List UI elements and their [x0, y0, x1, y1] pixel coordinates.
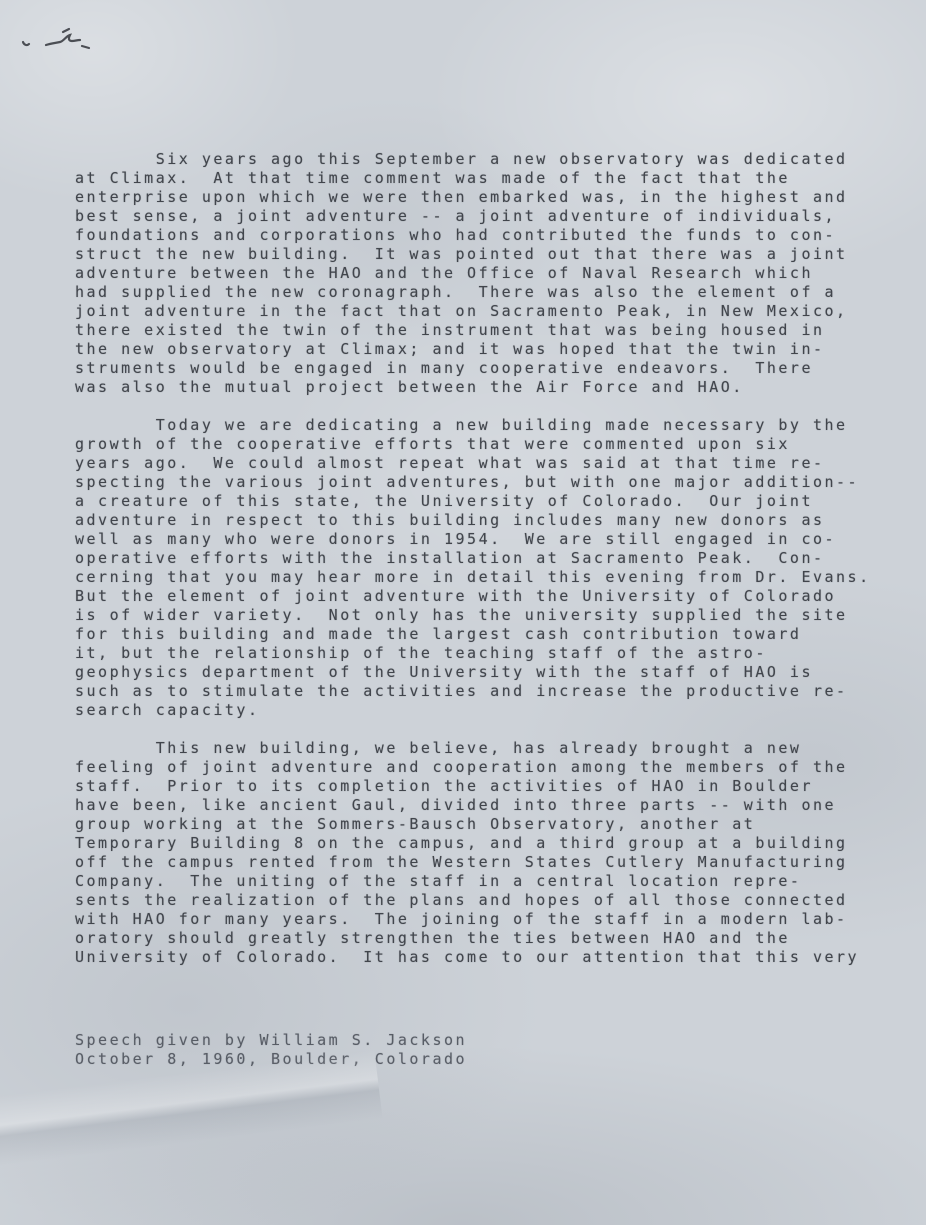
handwritten-pen-scribble	[16, 20, 106, 64]
document-body: Six years ago this September a new obser…	[75, 150, 885, 986]
footer-date-line: October 8, 1960, Boulder, Colorado	[75, 1050, 467, 1069]
pen-scribble-icon	[16, 20, 106, 60]
attribution-footer: Speech given by William S. Jackson Octob…	[75, 1031, 467, 1069]
footer-speaker-line: Speech given by William S. Jackson	[75, 1031, 467, 1050]
paragraph-2: Today we are dedicating a new building m…	[75, 416, 885, 720]
paragraph-3: This new building, we believe, has alrea…	[75, 739, 885, 967]
paragraph-1: Six years ago this September a new obser…	[75, 150, 885, 397]
scanned-document-page: Six years ago this September a new obser…	[0, 0, 926, 1225]
